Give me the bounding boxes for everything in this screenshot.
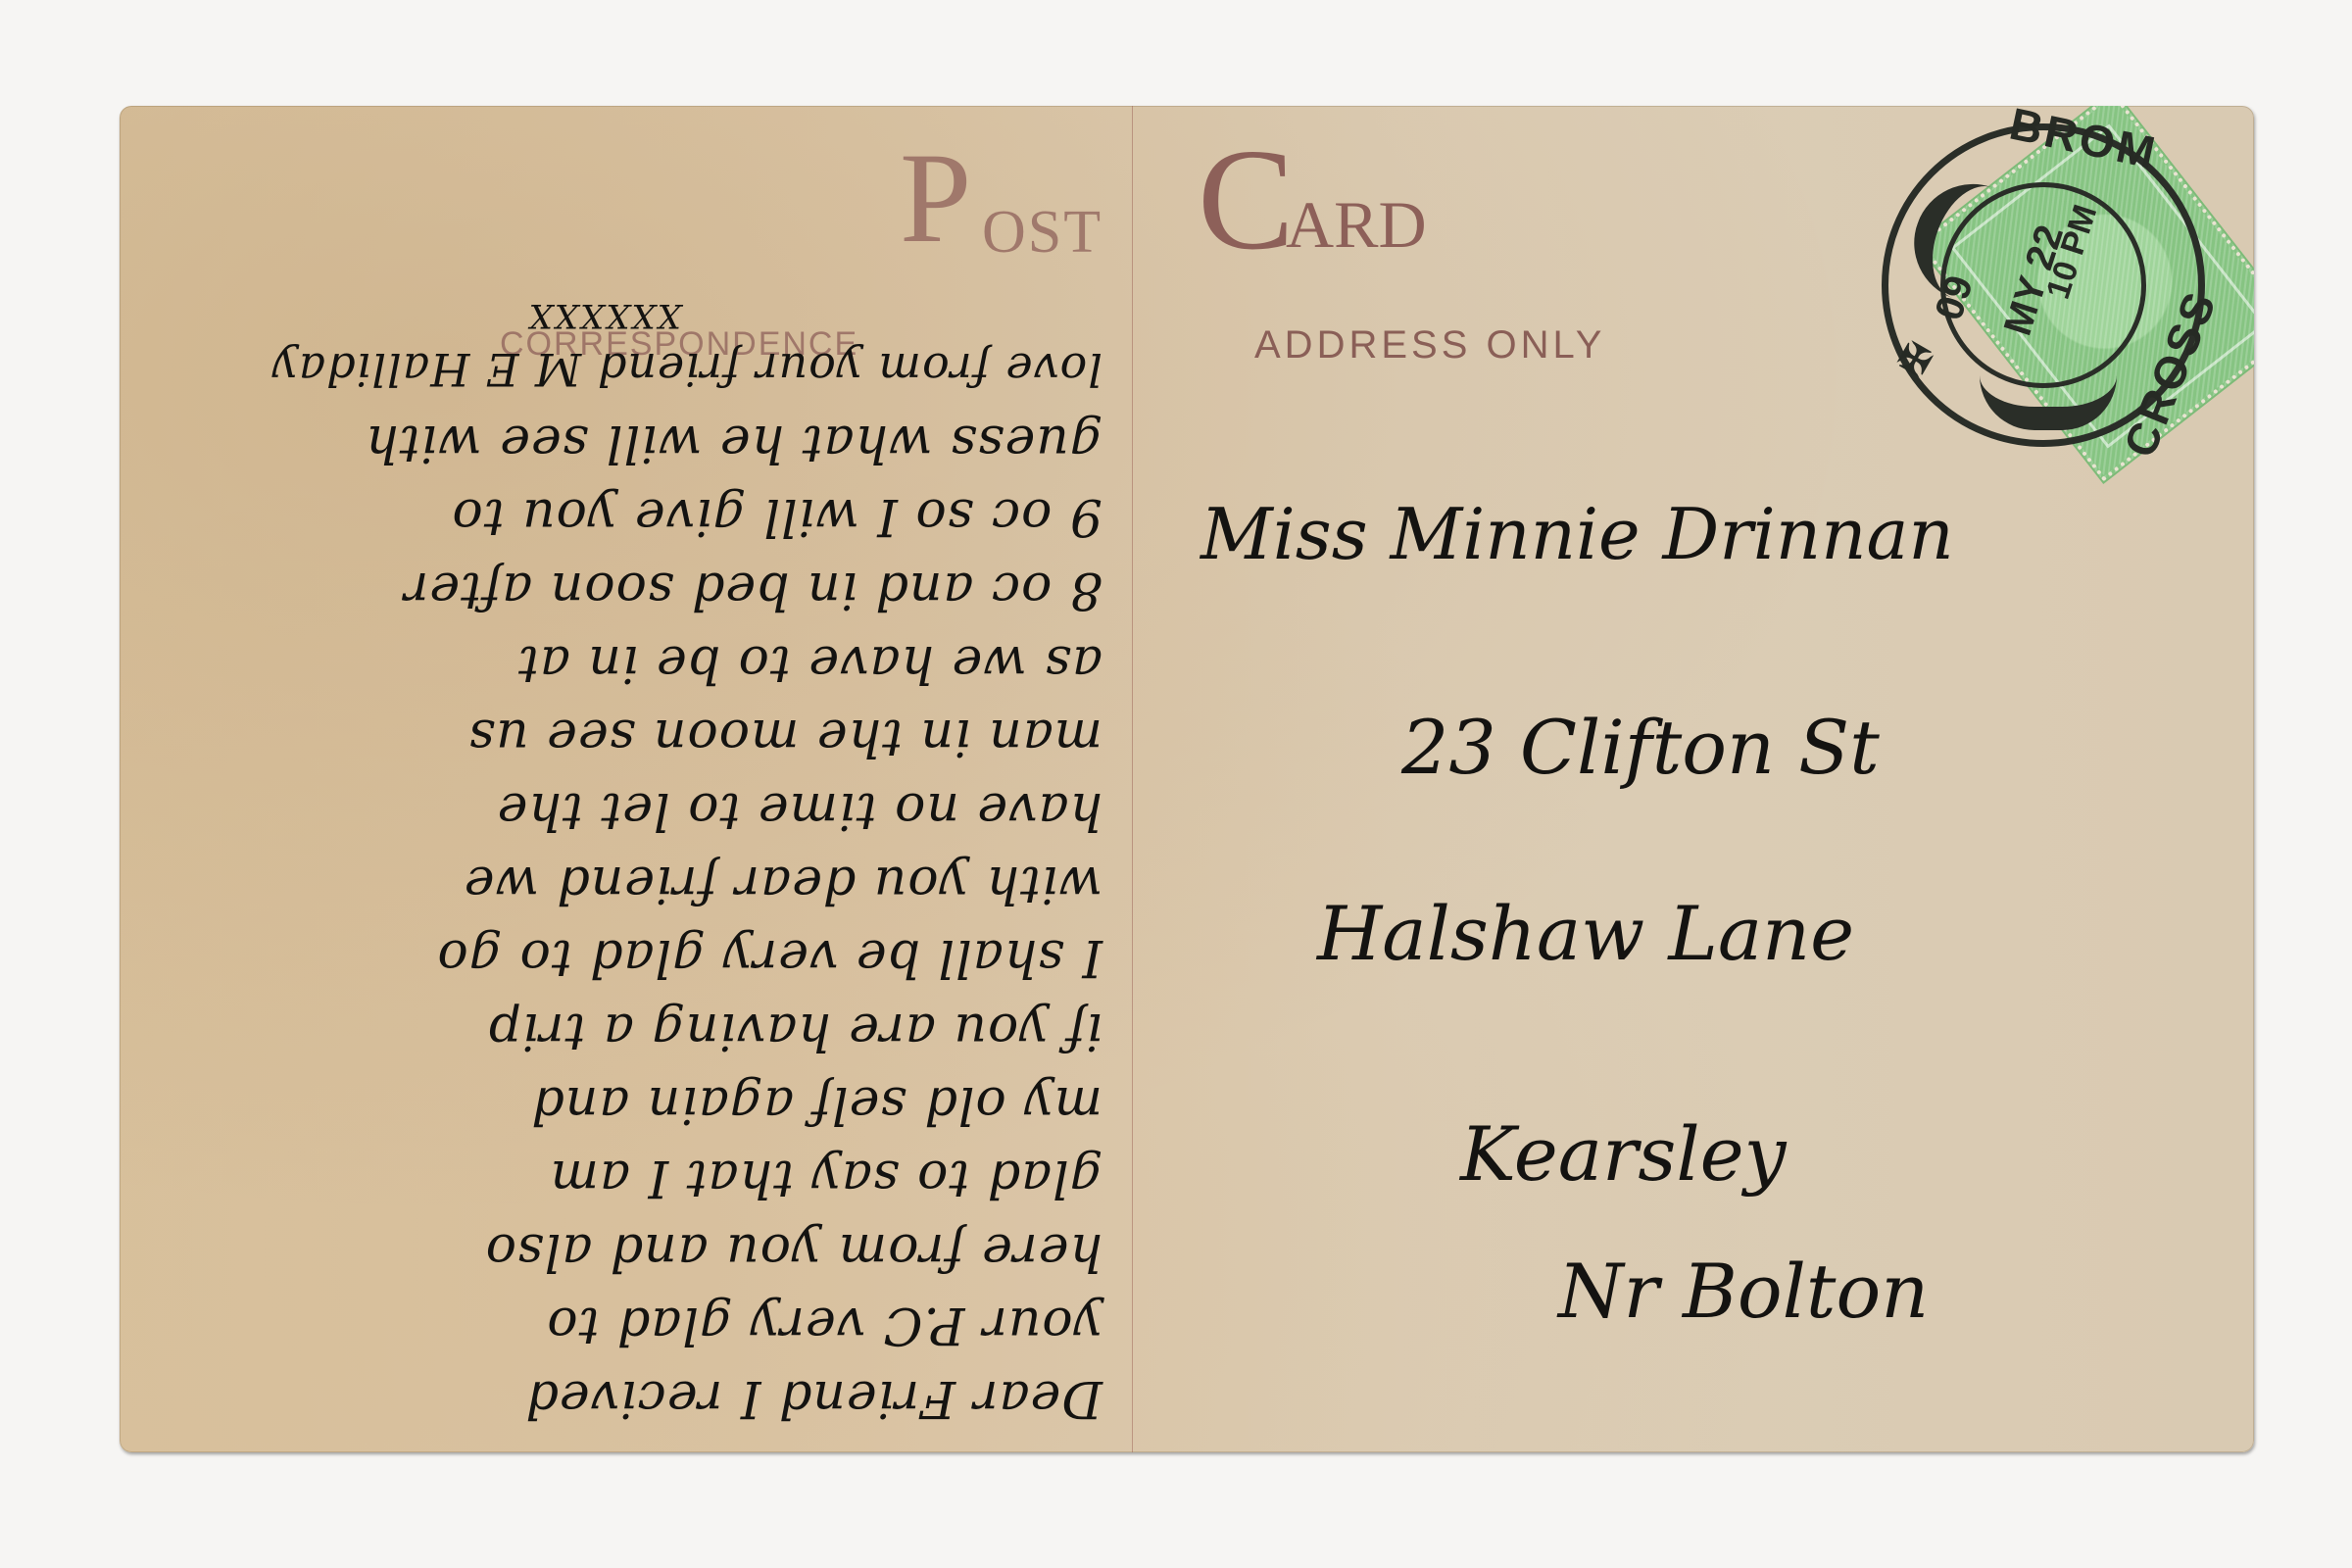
handwritten-message: Dear Friend I recived your P.C very glad…: [120, 106, 1132, 1452]
message-line: your P.C very glad to: [122, 1288, 1102, 1361]
printed-card-rest: ARD: [1286, 191, 1427, 258]
address-recipient: Miss Minnie Drinnan: [1200, 493, 1954, 575]
address-town: Kearsley: [1460, 1110, 1787, 1198]
message-signature: love from your friend M E Halliday: [122, 332, 1102, 406]
center-divider-line: [1132, 106, 1133, 1452]
message-line: man in the moon see us: [122, 700, 1102, 773]
message-line: here from you and also: [122, 1214, 1102, 1288]
stamp-area: BROM CROSS 10 PM MY 22 09 ✠: [1862, 106, 2254, 537]
message-line: Dear Friend I recived: [122, 1361, 1102, 1435]
message-line: 8 oc and in bed soon after: [122, 553, 1102, 626]
address-lane: Halshaw Lane: [1317, 890, 1854, 977]
message-line: if you are having a trip: [122, 994, 1102, 1067]
message-line: glad to say that I am: [122, 1141, 1102, 1214]
message-line: with you dear friend we: [122, 847, 1102, 920]
printed-card-initial: C: [1198, 127, 1295, 272]
message-line: have no time to let the: [122, 773, 1102, 847]
message-line: my old self again and: [122, 1067, 1102, 1141]
message-line: I shall be very glad to go: [122, 920, 1102, 994]
message-lines: Dear Friend I recived your P.C very glad…: [122, 299, 1102, 1435]
postcard: P OST C ARD CORRESPONDENCE ADDRESS ONLY …: [120, 106, 2254, 1452]
message-kisses: XXXXXX: [122, 299, 1102, 332]
message-line: 9 oc so I will give you to: [122, 479, 1102, 553]
message-line: as we have to be in at: [122, 626, 1102, 700]
address-only-label: ADDRESS ONLY: [1254, 323, 1605, 367]
message-line: guess what he will see with: [122, 406, 1102, 479]
address-city: Nr Bolton: [1558, 1248, 1929, 1335]
address-street: 23 Clifton St: [1401, 704, 1880, 791]
